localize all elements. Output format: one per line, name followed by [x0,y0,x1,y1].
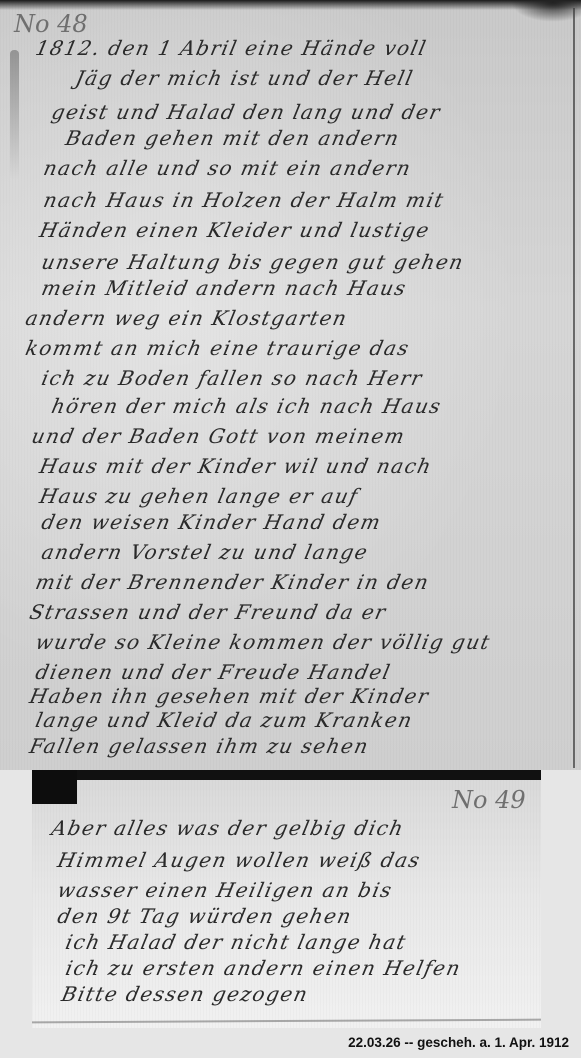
handwritten-line: Haus mit der Kinder wil und nach [37,454,434,478]
scan-corner-shadow [32,770,77,804]
handwritten-line: ich zu ersten andern einen Helfen [63,956,463,980]
page-number: No 48 [14,10,88,38]
handwritten-line: andern weg ein Klostgarten [23,306,350,330]
handwritten-line: andern Vorstel zu und lange [39,540,370,564]
paper-fold-mark [10,50,19,180]
scan-border-shadow [32,770,541,780]
handwritten-line: Strassen und der Freund da er [27,600,389,624]
handwritten-line: Aber alles was der gelbig dich [49,816,406,840]
handwritten-line: Fallen gelassen ihm zu sehen [27,734,371,758]
top-page-scan: No 48 1812. den 1 Abril eine Hände voll … [0,0,581,770]
handwritten-line: geist und Halad den lang und der [49,100,443,124]
handwritten-line: den weisen Kinder Hand dem [39,510,383,534]
handwritten-line: mein Mitleid andern nach Haus [39,276,409,300]
handwritten-line: und der Baden Gott von meinem [29,424,407,448]
page-edge-line [32,1019,541,1024]
handwritten-line: wasser einen Heiligen an bis [55,878,395,902]
handwritten-line: ich zu Boden fallen so nach Herr [39,366,425,390]
handwritten-line: Haben ihn gesehen mit der Kinder [27,684,431,708]
handwritten-line: ich Halad der nicht lange hat [63,930,409,954]
handwritten-line: Händen einen Kleider und lustige [37,218,432,242]
handwritten-line: unsere Haltung bis gegen gut gehen [39,250,466,274]
handwritten-line: kommt an mich eine traurige das [23,336,412,360]
handwritten-line: lange und Kleid da zum Kranken [33,708,415,732]
handwritten-line: mit der Brennender Kinder in den [33,570,431,594]
handwritten-line: Haus zu gehen lange er auf [37,484,361,508]
handwritten-line: Baden gehen mit den andern [63,126,402,150]
handwritten-line: 1812. den 1 Abril eine Hände voll [33,36,429,60]
top-edge-shadow [0,0,581,10]
bottom-page-scan: No 49 Aber alles was der gelbig dich Him… [32,770,541,1028]
handwritten-line: Bitte dessen gezogen [59,982,310,1006]
date-caption: 22.03.26 -- gescheh. a. 1. Apr. 1912 [348,1035,569,1050]
handwritten-line: den 9t Tag würden gehen [55,904,354,928]
page-number: No 49 [452,786,526,814]
handwritten-line: nach alle und so mit ein andern [41,156,413,180]
corner-shadow [511,0,581,22]
handwritten-line: hören der mich als ich nach Haus [49,394,444,418]
page-edge-line [573,8,575,768]
handwritten-line: wurde so Kleine kommen der völlig gut [33,630,493,654]
handwritten-line: dienen und der Freude Handel [33,660,393,684]
handwritten-line: nach Haus in Holzen der Halm mit [41,188,446,212]
handwritten-line: Jäg der mich ist und der Hell [73,66,416,90]
handwritten-line: Himmel Augen wollen weiß das [55,848,423,872]
